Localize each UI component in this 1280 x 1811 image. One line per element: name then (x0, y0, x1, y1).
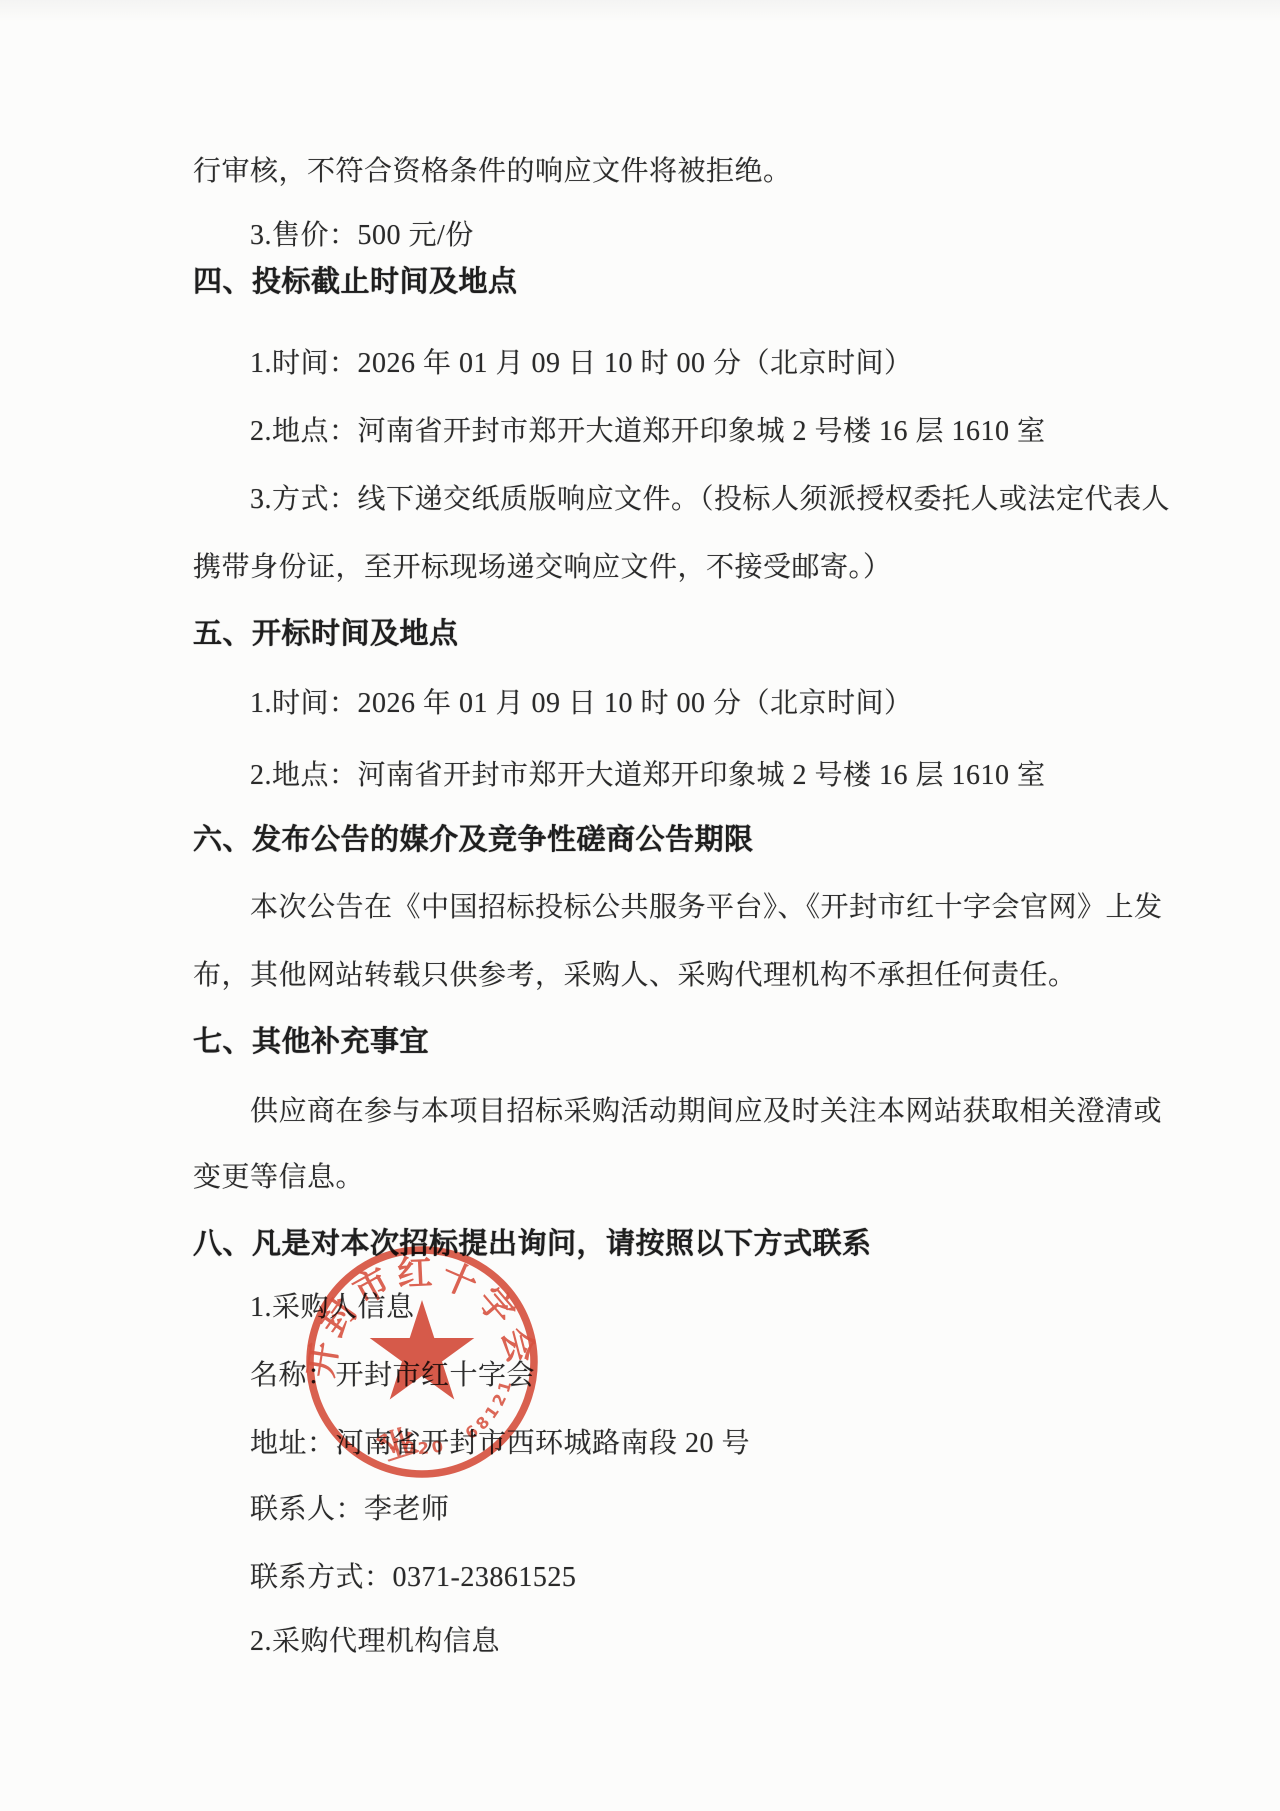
section-heading-5: 五、开标时间及地点 (193, 614, 459, 654)
section-heading-7: 七、其他补充事宜 (193, 1022, 429, 1062)
text-line: 供应商在参与本项目招标采购活动期间应及时关注本网站获取相关澄清或 (250, 1092, 1162, 1132)
text-line: 1.时间：2026 年 01 月 09 日 10 时 00 分（北京时间） (250, 684, 913, 724)
section-heading-6: 六、发布公告的媒介及竞争性磋商公告期限 (193, 820, 754, 860)
seal-star-icon (370, 1300, 475, 1400)
text-line: 联系方式：0371-23861525 (250, 1558, 576, 1598)
text-line: 行审核，不符合资格条件的响应文件将被拒绝。 (193, 152, 792, 192)
red-official-seal: 开封市红十字会 41020 68121 业 (299, 1239, 545, 1485)
text-line: 联系人：李老师 (250, 1490, 450, 1530)
text-line: 携带身份证，至开标现场递交响应文件，不接受邮寄。） (193, 548, 892, 588)
text-line: 2.地点：河南省开封市郑开大道郑开印象城 2 号楼 16 层 1610 室 (250, 756, 1046, 796)
text-line: 2.地点：河南省开封市郑开大道郑开印象城 2 号楼 16 层 1610 室 (250, 412, 1046, 452)
text-line: 2.采购代理机构信息 (250, 1622, 500, 1662)
document-page: 行审核，不符合资格条件的响应文件将被拒绝。 3.售价：500 元/份 四、投标截… (0, 0, 1280, 1811)
text-line: 变更等信息。 (193, 1158, 364, 1198)
text-line: 3.方式：线下递交纸质版响应文件。（投标人须派授权委托人或法定代表人 (250, 480, 1170, 520)
text-line: 布，其他网站转载只供参考，采购人、采购代理机构不承担任何责任。 (193, 956, 1077, 996)
text-line: 1.时间：2026 年 01 月 09 日 10 时 00 分（北京时间） (250, 344, 913, 384)
text-line: 3.售价：500 元/份 (250, 216, 474, 256)
seal-bottom-char: 业 (378, 1423, 422, 1469)
section-heading-4: 四、投标截止时间及地点 (193, 262, 518, 302)
text-line: 本次公告在《中国招标投标公共服务平台》、《开封市红十字会官网》上发 (250, 888, 1163, 928)
